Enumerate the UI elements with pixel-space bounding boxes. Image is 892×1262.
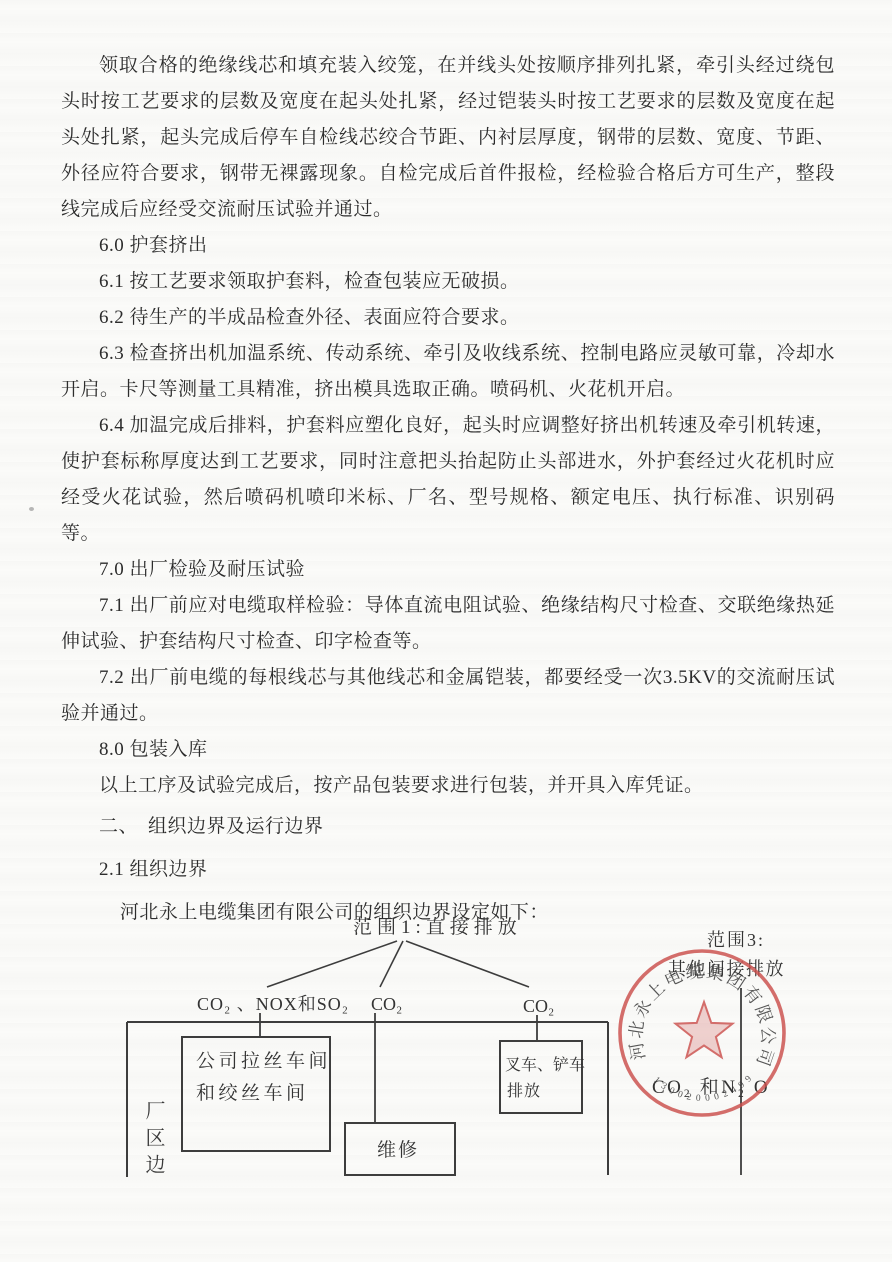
paragraph-armoring-process: 领取合格的绝缘线芯和填充装入绞笼，在并线头处按顺序排列扎紧，牵引头经过绕包头时按… bbox=[61, 48, 835, 228]
section-6-2: 6.2 待生产的半成品检查外径、表面应符合要求。 bbox=[61, 300, 835, 336]
emission-label-right: CO₂ bbox=[523, 996, 554, 1016]
section-8-0-body: 以上工序及试验完成后，按产品包装要求进行包装，并开具入库凭证。 bbox=[61, 768, 835, 804]
emission-label-middle: CO₂ bbox=[371, 994, 402, 1014]
org-boundary-diagram: 范围1:直接排放 CO₂ 、NOX和SO₂ CO₂ CO₂ 公司拉丝车间 和绞丝… bbox=[0, 900, 892, 1262]
scope1-connector-lines bbox=[267, 941, 529, 987]
stamp-star bbox=[676, 1002, 733, 1057]
emission-label-left: CO₂ 、NOX和SO₂ bbox=[197, 994, 349, 1014]
section-6-1: 6.1 按工艺要求领取护套料，检查包装应无破损。 bbox=[61, 264, 835, 300]
forklift-box bbox=[500, 1041, 582, 1113]
section-7-1: 7.1 出厂前应对电缆取样检验：导体直流电阻试验、绝缘结构尺寸检查、交联绝缘热延… bbox=[61, 588, 835, 660]
maintenance-box-label: 维修 bbox=[377, 1139, 419, 1161]
section-2-1-heading: 2.1 组织边界 bbox=[61, 852, 835, 888]
section-7-2: 7.2 出厂前电缆的每根线芯与其他线芯和金属铠装，都要经受一次3.5KV的交流耐… bbox=[61, 660, 835, 732]
section-6-0-heading: 6.0 护套挤出 bbox=[61, 228, 835, 264]
workshop-box-label-line1: 公司拉丝车间 bbox=[196, 1050, 331, 1072]
scan-artifact-dot bbox=[29, 507, 34, 511]
section-7-0-heading: 7.0 出厂检验及耐压试验 bbox=[61, 552, 835, 588]
factory-boundary-label: 厂区边 bbox=[139, 1100, 168, 1181]
workshop-box-label-line2: 和绞丝车间 bbox=[196, 1082, 309, 1104]
section-6-4: 6.4 加温完成后排料，护套料应塑化良好，起头时应调整好挤出机转速及牵引机转速，… bbox=[61, 408, 835, 552]
scope1-title: 范围1:直接排放 bbox=[353, 916, 522, 938]
forklift-box-label-line2: 排放 bbox=[507, 1082, 541, 1100]
forklift-box-label-line1: 叉车、铲车 bbox=[505, 1056, 585, 1074]
document-page: 领取合格的绝缘线芯和填充装入绞笼，在并线头处按顺序排列扎紧，牵引头经过绕包头时按… bbox=[0, 0, 892, 1262]
document-body: 领取合格的绝缘线芯和填充装入绞笼，在并线头处按顺序排列扎紧，牵引头经过绕包头时按… bbox=[61, 48, 835, 931]
scope3-title: 范围3: bbox=[707, 930, 765, 950]
section-8-0-heading: 8.0 包装入库 bbox=[61, 732, 835, 768]
section-6-3: 6.3 检查挤出机加温系统、传动系统、牵引及收线系统、控制电路应灵敏可靠，冷却水… bbox=[61, 336, 835, 408]
chapter-2-heading: 二、 组织边界及运行边界 bbox=[61, 809, 835, 845]
